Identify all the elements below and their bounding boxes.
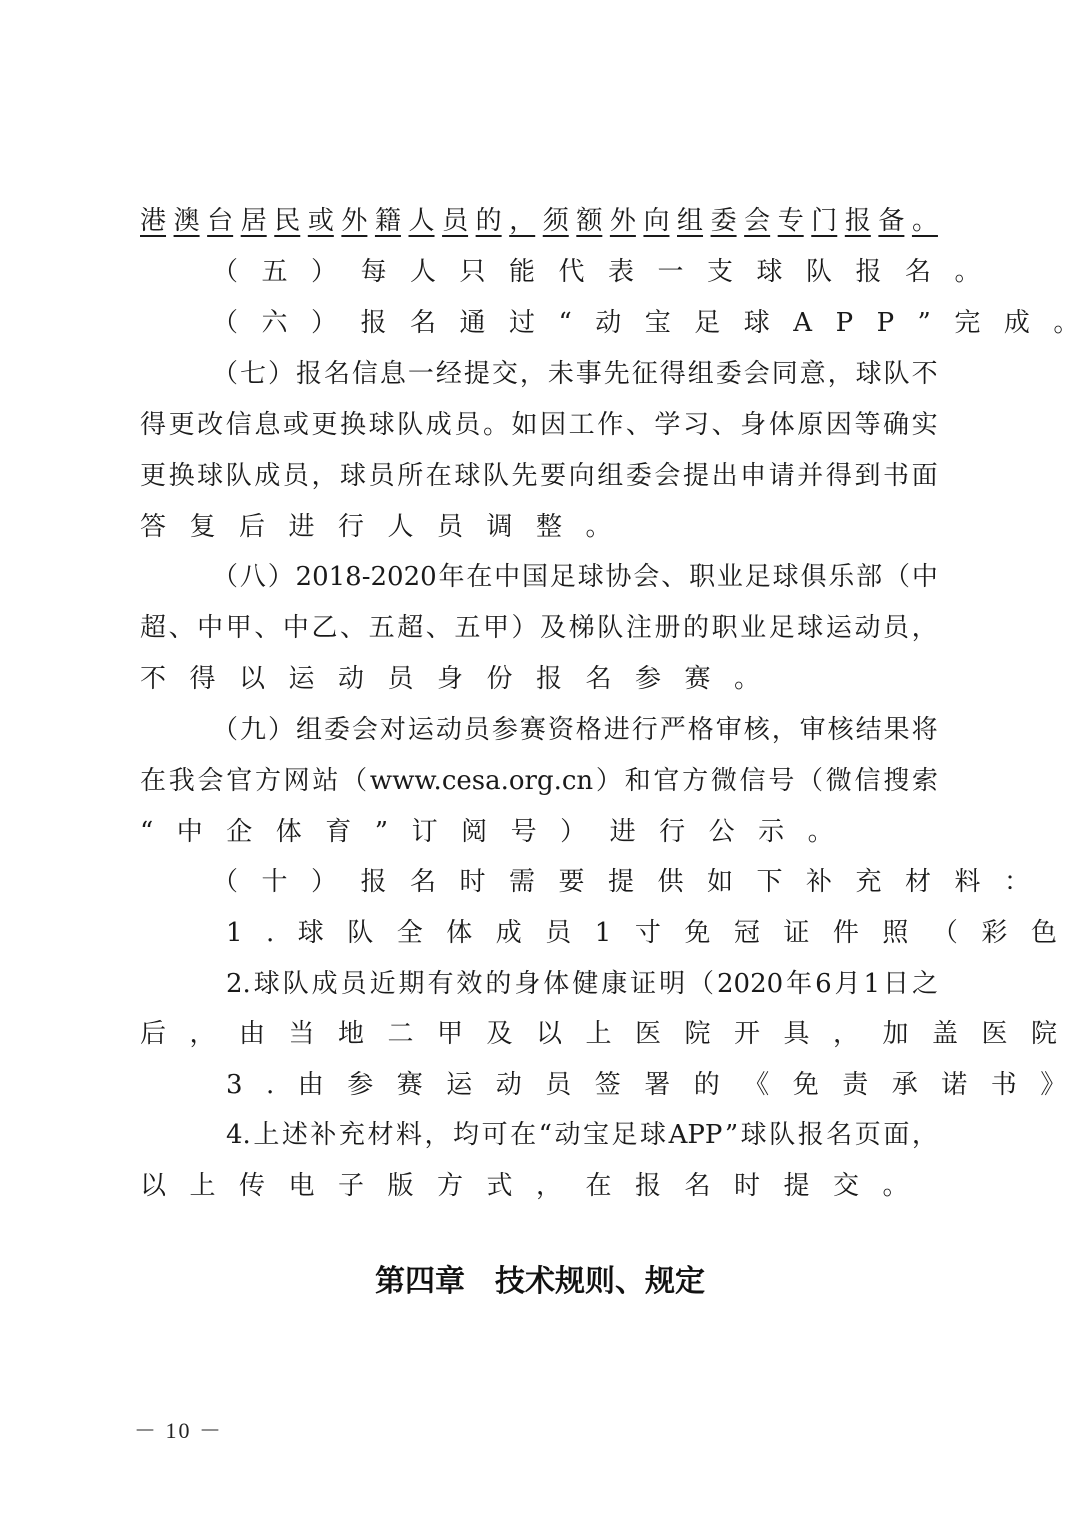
text-line: 不得以运动员身份报名参赛。 xyxy=(140,654,938,705)
chapter-heading: 第四章 技术规则、规定 xyxy=(0,1260,1080,1304)
text-line: 后，由当地二甲及以上医院开具，加盖医院章）； xyxy=(140,1009,938,1060)
text-line: （六）报名通过“动宝足球APP”完成。 xyxy=(140,298,938,349)
text-line: 港澳台居民或外籍人员的，须额外向组委会专门报备。 xyxy=(140,196,938,247)
text-line: 答复后进行人员调整。 xyxy=(140,502,938,553)
page-number: － 10 － xyxy=(134,1414,223,1445)
text-line: 在我会官方网站（www.cesa.org.cn）和官方微信号（微信搜索 xyxy=(140,756,938,807)
text-line: 3.由参赛运动员签署的《免责承诺书》； xyxy=(140,1060,938,1111)
text-line: 超、中甲、中乙、五超、五甲）及梯队注册的职业足球运动员， xyxy=(140,603,938,654)
text-line: （八）2018-2020年在中国足球协会、职业足球俱乐部（中 xyxy=(140,552,938,603)
document-page: 港澳台居民或外籍人员的，须额外向组委会专门报备。（五）每人只能代表一支球队报名。… xyxy=(0,0,1080,1527)
text-line: （七）报名信息一经提交，未事先征得组委会同意，球队不 xyxy=(140,349,938,400)
text-line: 得更改信息或更换球队成员。如因工作、学习、身体原因等确实 xyxy=(140,400,938,451)
text-line: 4.上述补充材料，均可在“动宝足球APP”球队报名页面， xyxy=(140,1110,938,1161)
text-line: 更换球队成员，球员所在球队先要向组委会提出申请并得到书面 xyxy=(140,451,938,502)
text-line: （五）每人只能代表一支球队报名。 xyxy=(140,247,938,298)
text-line: （九）组委会对运动员参赛资格进行严格审核，审核结果将 xyxy=(140,705,938,756)
text-line: （十）报名时需要提供如下补充材料： xyxy=(140,857,938,908)
text-line: 2.球队成员近期有效的身体健康证明（2020年6月1日之 xyxy=(140,959,938,1010)
text-line: 以上传电子版方式，在报名时提交。 xyxy=(140,1161,938,1212)
text-line: 1.球队全体成员1寸免冠证件照（彩色）； xyxy=(140,908,938,959)
text-line: “中企体育”订阅号）进行公示。 xyxy=(140,807,938,858)
